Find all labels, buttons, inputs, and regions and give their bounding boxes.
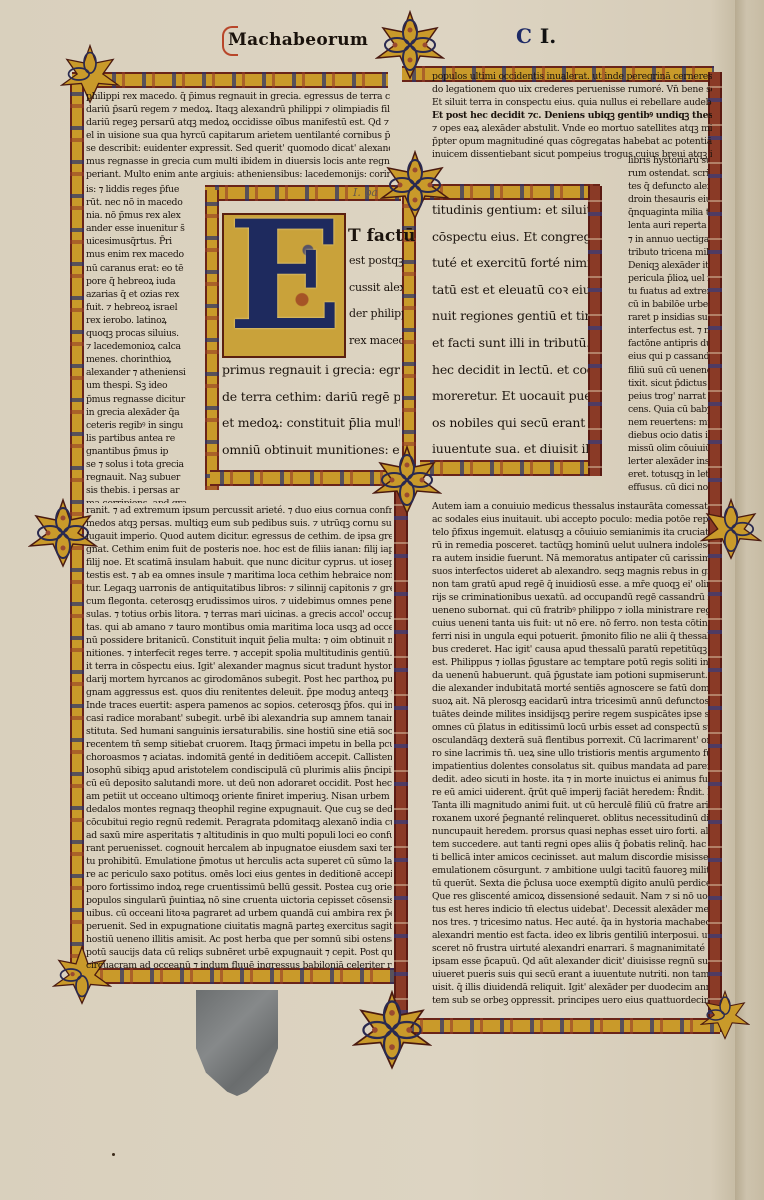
text-line: hec decidit in lectū. et cognouit q̄a [432,357,588,384]
text-line: rijs se criminationibus uexatū. ad occup… [432,591,708,604]
text-line: et facti sunt illi in tributū. Et post [432,330,588,357]
text-line: tuātes deinde milites insidijsqꝫ perire … [432,708,708,721]
text-line: sis thebis. i persas ar [86,484,202,497]
marginal-annotation: I. pa [353,186,378,199]
rubric-mark [222,26,238,56]
text-line: in grecia alexāder q̄a [86,406,202,419]
text-line: dedalos montes regnaqꝫ theophil regine e… [86,803,392,816]
text-line: Que res gliscenté amicoꝝ dissensioné sed… [432,890,708,903]
text-line: dariū regeꝫ persarū atqꝫ medoꝝ occidisse… [86,116,390,129]
text-line: pericula p̄lioꝝ uel nu [628,272,708,285]
bottom-right-text-block: Autem iam a conuiuio medicus thessalus i… [432,500,708,1018]
text-line: pore q̄ hebreoꝝ iuda [86,275,202,288]
text-line: iuuentute sua. et diuisit illis regnū [432,436,588,462]
quatrefoil-mid-right-icon [700,498,762,560]
text-line: roxanem uxoré p̄egnanté relinqueret. obl… [432,812,708,825]
text-line: um thespi. Sꝫ ideo [86,379,202,392]
text-line: emulationem cōsurgunt. ⁊ ambitione uulgi… [432,864,708,877]
text-line: ra autem insidie fuerunt. Nā memoratus a… [432,552,708,565]
text-line: cum flegonta. ceterosqꝫ erudissimos uiro… [86,595,392,608]
text-line: gnat. Cethim enim fuit de posteris noe. … [86,543,392,556]
text-line: periant. Multo enim ante argiuis: atheni… [86,168,390,181]
text-line: recentem tn̄ semp sitiebat cruorem. Itaq… [86,738,392,751]
text-line: tū querūt. Sexta die p̄clusa uoce exempt… [432,877,708,890]
text-line: Et siluit terra in conspectu eius. quia … [432,96,712,109]
text-line: p̄mus regnasse dicitur [86,393,202,406]
text-line: tixit. sicut p̄dictus pō [628,377,708,390]
text-line: am petiit ut occeano ultimoqꝫ oriente fi… [86,790,392,803]
text-line: ⁊ lacedemonioꝝ calca [86,340,202,353]
text-line: uisit. q̄ illis diuidendā reliquit. Igit… [432,981,708,994]
text-line: raret p insidias suoꝝ [628,311,708,324]
text-line: cuius ueneni tanta uis fuit: ut nō ere. … [432,617,708,630]
text-line: titudinis gentium: et siluit terra in [432,197,588,224]
text-line: tem succedere. aut tanti regni opes alii… [432,838,708,851]
text-line: cōspectu eius. Et congregauit uir [432,224,588,251]
text-line: effusus. cū dici noctes [628,481,708,492]
center-large-column: primus regnauit i grecia: egressus de te… [222,357,400,467]
text-line: casi radice morabant' subegit. urbē ibi … [86,712,392,725]
text-line: tatū est et eleuatū coꝛ eius. et obti [432,277,588,304]
text-line: osculandāqꝫ dexterā suā flentibus porrex… [432,734,708,747]
text-line: fuit. ⁊ hebreoꝝ israel [86,301,202,314]
text-line: re ac periculo saxo potitus. omēs loci e… [86,868,392,881]
text-line: mus regnasse in grecia cum multi ibidem … [86,155,390,168]
text-line: ander esse inuenitur s̄ [86,222,202,235]
text-line: fecit reges terre. et pertransijt usqꝫ [222,463,400,467]
text-line: rūt. nec nō in macedo [86,196,202,209]
text-line: tas. qui ab amano ⁊ tauro montibus omia … [86,621,392,634]
text-line: mus enim rex macedo [86,248,202,261]
text-line: potū saucijs data cū reliqs subnēret urb… [86,946,392,959]
text-line: ma corripiens. apd gra [86,497,202,503]
text-line: Inde traces euertit: aspera pamenos ac s… [86,699,392,712]
text-line: sulas. ⁊ totius orbis litora. ⁊ terras m… [86,608,392,621]
text-line: philippi rex macedo. q̄ p̄imus regnauit … [86,90,390,103]
text-line: der philippi [349,301,403,328]
text-line: rū in remedia posceret. tactūqꝫ hominū u… [432,539,708,552]
text-line: cussit alexan [349,275,403,302]
border-bottom-right [400,1018,720,1034]
left-narrow-column: is: ⁊ liddis reges p̄fue rūt. nec nō in … [86,183,202,503]
inner-border-bottom-right [420,460,600,476]
text-line: ac sodales eius inuitauit. ubi accepto p… [432,513,708,526]
center-column-beside-initial: est postqꝫ per cussit alexan der philipp… [349,248,403,358]
text-line: eret. totusqꝫ in leticiaꝫ [628,468,708,481]
text-line: die alexander indubitatā morté sentiēs a… [432,682,708,695]
text-line: est postqꝫ per [349,248,403,275]
text-line: lenta auri reperta sūt. [628,219,708,232]
decorated-initial: E [222,213,346,358]
text-line: stituta. Sed humani sanguinis iersaturab… [86,725,392,738]
text-line: dedit. adeo sicuti in hoste. ita ⁊ in mo… [432,773,708,786]
running-title-text: Machabeorum [228,30,368,50]
text-line: droin thesauris eius [628,193,708,206]
text-line: regnauit. Naꝫ subuer [86,471,202,484]
text-line: da uenenū habuerunt. quā p̄gustate iam p… [432,669,708,682]
text-line: losophū sibiqꝫ apud aristotelem condisci… [86,764,392,777]
text-line: nem reuertens: multis [628,416,708,429]
text-line: ro sine lacrimis tn̄. ueꝝ sine ullo tris… [432,747,708,760]
text-line: darij mortem hyrcanos ac girodomānos sub… [86,673,392,686]
text-line: rex macedo q̄ [349,328,403,355]
text-line: alexander ⁊ atheniensi [86,366,202,379]
text-line: ipsam esse p̄capuū. Qd aūt alexander dic… [432,955,708,968]
text-line: cū in babilōe urbe mo [628,298,708,311]
text-line: de terra cethim: dariū regē persaꝝ [222,384,400,411]
text-line: hostiū ueneno illitis amisit. Ac post he… [86,933,392,946]
text-line: Tanta illi magnitudo animi fuit. ut cū h… [432,799,708,812]
text-line: p̄pter opum magnitudiné quas cōgregatas … [432,135,712,148]
text-line: quoqꝫ procas siluius. [86,327,202,340]
right-large-column: titudinis gentium: et siluit terra in cō… [432,197,588,462]
text-line: se ⁊ solus i tota grecia [86,458,202,471]
folio-label: C [516,24,532,48]
text-line: sceret nō frustra uirtuté alexandri enar… [432,942,708,955]
text-line: Deniqꝫ alexāder iter [628,259,708,272]
text-line: nū possidere britanicū. Constituit inqui… [86,634,392,647]
incipit-heading: T factū [348,226,415,246]
text-line: nitiones. ⁊ interfecit reges terre. ⁊ ac… [86,647,392,660]
text-line: dariū p̄sarū regem ⁊ medoꝝ. Itaqꝫ alexan… [86,103,390,116]
text-line: peius trog' narrat di [628,390,708,403]
text-line: bus crederet. Hac igit' causa apud thess… [432,643,708,656]
text-line: telo p̄fixus ingemuit. elatusqꝫ a cōuiui… [432,526,708,539]
text-line: diebus ocio datis inē [628,429,708,442]
text-line: ⁊ opes eaꝝ alexāder abstulit. Vnde eo mo… [432,122,712,135]
text-line: tem sub se orbeꝫ oppressit. principes ue… [432,994,708,1007]
text-line: azarias q̄ et ozias rex [86,288,202,301]
border-bottom-left [80,968,398,984]
text-line: is: ⁊ liddis reges p̄fue [86,183,202,196]
text-line: omniū obtinuit munitiones: et inē [222,437,400,464]
text-line: ad saxū mire asperitatis ⁊ altitudinis i… [86,829,392,842]
text-line: el in uisione sua qua hyrcū capitarum ar… [86,129,390,142]
text-line: Autem iam a conuiuio medicus thessalus i… [432,500,708,513]
text-line: interfectus est. ⁊ marie [628,324,708,337]
text-line: populos ultimi occidentis inualerat. ut … [432,70,712,83]
text-line: alexandri mentio est facta. ideo ex libr… [432,929,708,942]
text-line: rex ierobo. latinoꝝ [86,314,202,327]
text-line: re eū amici uiderent. q̄rūt quē imperij … [432,786,708,799]
text-line: tus est heres indicio tn̄ electus uideba… [432,903,708,916]
text-line: filij noe. Et scatimā insulam habuit. qu… [86,556,392,569]
text-line: filiū suū cū ueneno ex [628,364,708,377]
text-line: q̄nquaginta milia ta [628,206,708,219]
text-line: tributo tricena milia. [628,246,708,259]
bottom-left-text-block: ranit. ⁊ ad extremum ipsum percussit ari… [86,504,392,968]
text-line: gnam aggressus est. quos diu renitentes … [86,686,392,699]
inner-border-right [588,186,602,476]
text-line: est. Philippus ⁊ iollas p̄gustare ac tem… [432,656,708,669]
text-line: ceteris regibꝰ in singu [86,419,202,432]
text-line: non tam gratū apud regē q̄ inuidiosū ess… [432,578,708,591]
text-line: do legationem quo uix crederes perueniss… [432,83,712,96]
text-line: gnantibus p̄mus ip [86,445,202,458]
running-title: Machabeorum [228,30,368,50]
text-line: os nobiles qui secū erant nutriti a [432,410,588,437]
text-line: uiueret pueris suis qui secū erant a iuu… [432,968,708,981]
inner-border-center [402,180,416,480]
text-line: suos interfectos uideret ab alexandro. s… [432,565,708,578]
text-line: ferri nisi in ungula equi potuerit. p̄mo… [432,630,708,643]
folio-number: I. [540,24,556,48]
text-line: tu prohibitū. Emulatione p̄motus ut herc… [86,855,392,868]
text-line: nia. nō p̄mus rex alex [86,209,202,222]
text-line: nuit regiones gentiū et tirannos. [432,303,588,330]
border-center-vertical [394,490,408,1020]
ink-speck [112,1153,115,1156]
initial-letter: E [228,201,342,351]
text-line: circuacram ad occeanū ⁊ indum fluuē ingr… [86,959,392,968]
text-line: factōne antipris duas [628,337,708,350]
text-line: uicesimusq̄rtus. P̄ri [86,235,202,248]
text-line: menes. chorinthioꝝ [86,353,202,366]
text-line: uibus. cū occeani litoꝛa pagraret ad urb… [86,907,392,920]
folio-marker: CI. [516,24,556,48]
text-line: ueneno subornat. qui cū fratribꝰ philipp… [432,604,708,617]
text-line: testis est. ⁊ ab ea omnes insule ⁊ marit… [86,569,392,582]
text-line: cōcubitui regio regnū redemit. Peragrata… [86,816,392,829]
text-line: impatientius dolentes consolatus sit. qu… [432,760,708,773]
text-line: nos tres. ⁊ tricesimo natus. Hec auté. q… [432,916,708,929]
text-line: ti bellicā inter amicos cecinisset. aut … [432,851,708,864]
text-line: lerter alexāder instiu [628,455,708,468]
right-narrow-column: libris hystoriarū sua rum ostendat. scri… [628,154,708,492]
text-line: peruenit. Sed in expugnatione ciuitatis … [86,920,392,933]
text-line: eius qui p cassandruꝫ [628,350,708,363]
text-line: cens. Quia cū babylo [628,403,708,416]
text-line: nuncupauit heredem. prorsus quasi nephas… [432,825,708,838]
text-line: ⁊ in annuo uectigalis [628,233,708,246]
text-line: missū olim cōuiuiū so [628,442,708,455]
text-line: rum ostendat. scriben [628,167,708,180]
text-line: tuté et exercitū forté nimis: et exal [432,250,588,277]
text-line: rant peruenisset. cognouit hercalem ab i… [86,842,392,855]
text-line: suoꝝ ait. Nā plerosqꝫ eacidarū intra tri… [432,695,708,708]
text-line: nū caranus erat: eo tē [86,262,202,275]
text-line: et medoꝝ: constituit p̄lia multa. et [222,410,400,437]
top-left-text-block: philippi rex macedo. q̄ p̄imus regnauit … [86,90,390,196]
text-line: ranit. ⁊ ad extremum ipsum percussit ari… [86,504,392,517]
text-line: poro fortissimo indoꝝ rege cruentissimū … [86,881,392,894]
text-line-rubric: Et post hec decidit ⁊c. Deniens ubiqꝫ ge… [432,109,712,122]
text-line: medos atqꝫ persas. multiqꝫ eum sub pedib… [86,517,392,530]
text-line: se describit: euidenter expressit. Sed q… [86,142,390,155]
heraldic-shield-icon [196,990,278,1096]
text-line: moreretur. Et uocauit pueros su [432,383,588,410]
text-line: omnes cū p̄latus in editissimū locū urbi… [432,721,708,734]
inner-border-bottom-left [210,470,395,486]
quatrefoil-bottom-center-icon [352,990,432,1070]
text-line: tur. Legaqꝫ uarronis de antiquitatibus l… [86,582,392,595]
text-line: lis partibus antea re [86,432,202,445]
text-line: tes q̄ defuncto alexan [628,180,708,193]
inner-border-left [205,190,219,490]
text-line: iugauit imperio. Quod autem dicitur. egr… [86,530,392,543]
text-line: libris hystoriarū sua [628,154,708,167]
text-line: tu fuatus ad extremū [628,285,708,298]
text-line: it terra in cōspectu eius. Igit' alexand… [86,660,392,673]
text-line: choroasmos ⁊ aciatas. indomitā genté in … [86,751,392,764]
text-line: populos singularū p̄uintiaꝝ nō sine crue… [86,894,392,907]
text-line: cū eū deposito salutandi more. ut deū no… [86,777,392,790]
text-line: primus regnauit i grecia: egressus [222,357,400,384]
